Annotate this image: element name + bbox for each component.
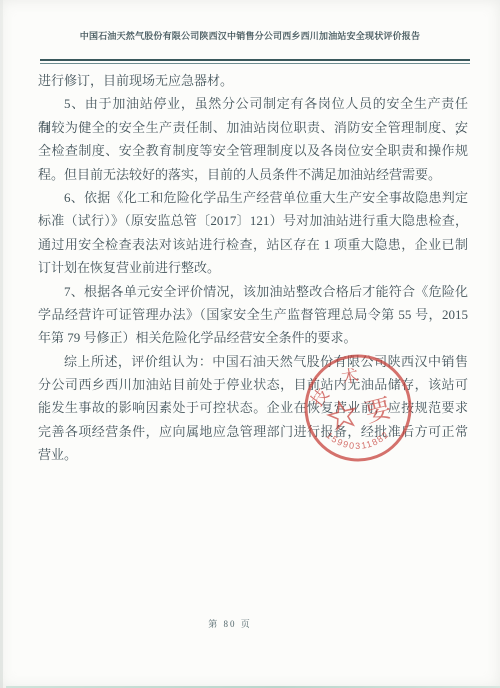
body-line: 标准（试行）》（原安监总管〔2017〕121）号对加油站进行重大隐患检查，	[38, 209, 468, 232]
body-line: 能发生事故的影响因素处于可控状态。企业在恢复营业前，应按规范要求	[38, 396, 468, 419]
scan-left-edge-artifact	[0, 0, 3, 688]
page-number: 第 80 页	[0, 617, 460, 630]
body-line: 年第 79 号修正）相关危险化学品经营安全条件的要求。	[38, 326, 468, 349]
body-line: 学品经营许可证管理办法》（国家安全生产监督管理总局令第 55 号，2015	[38, 303, 468, 326]
body-line: 进行修订，目前现场无应急器材。	[38, 69, 468, 92]
body-line: 通过用安全检查表法对该站进行检查，站区存在 1 项重大隐患，企业已制	[38, 233, 468, 256]
body-line: 分公司西乡西川加油站目前处于停业状态，目前站内无油品储存，该站可	[38, 373, 468, 396]
body-line: 6、依据《化工和危险化学品生产经营单位重大生产安全事故隐患判定	[38, 186, 468, 209]
body-line: 全检查制度、安全教育制度等安全管理制度以及各岗位安全职责和操作规	[38, 139, 468, 162]
report-header-title: 中国石油天然气股份有限公司陕西汉中销售分公司西乡西川加油站安全现状评价报告	[0, 29, 500, 42]
body-line: 完善各项经营条件，应向属地应急管理部门进行报备，经批准后方可正常	[38, 420, 468, 443]
body-line: 程。但目前无法较好的落实，目前的人员条件不满足加油站经营需要。	[38, 163, 468, 186]
body-line: 5、由于加油站停业，虽然分公司制定有各岗位人员的安全生产责任制，	[38, 92, 468, 115]
body-line: 综上所述，评价组认为：中国石油天然气股份有限公司陕西汉中销售	[38, 350, 468, 373]
body-line: 营业。	[38, 443, 468, 466]
body-line: 有较为健全的安全生产责任制、加油站岗位职责、消防安全管理制度、安	[38, 116, 468, 139]
scanned-report-page: 中国石油天然气股份有限公司陕西汉中销售分公司西乡西川加油站安全现状评价报告 进行…	[0, 0, 500, 688]
report-body: 进行修订，目前现场无应急器材。 5、由于加油站停业，虽然分公司制定有各岗位人员的…	[38, 69, 468, 467]
body-line: 订计划在恢复营业前进行整改。	[38, 256, 468, 279]
body-line: 7、根据各单元安全评价情况，该加油站整改合格后才能符合《危险化	[38, 280, 468, 303]
header-divider-rule	[40, 59, 470, 64]
